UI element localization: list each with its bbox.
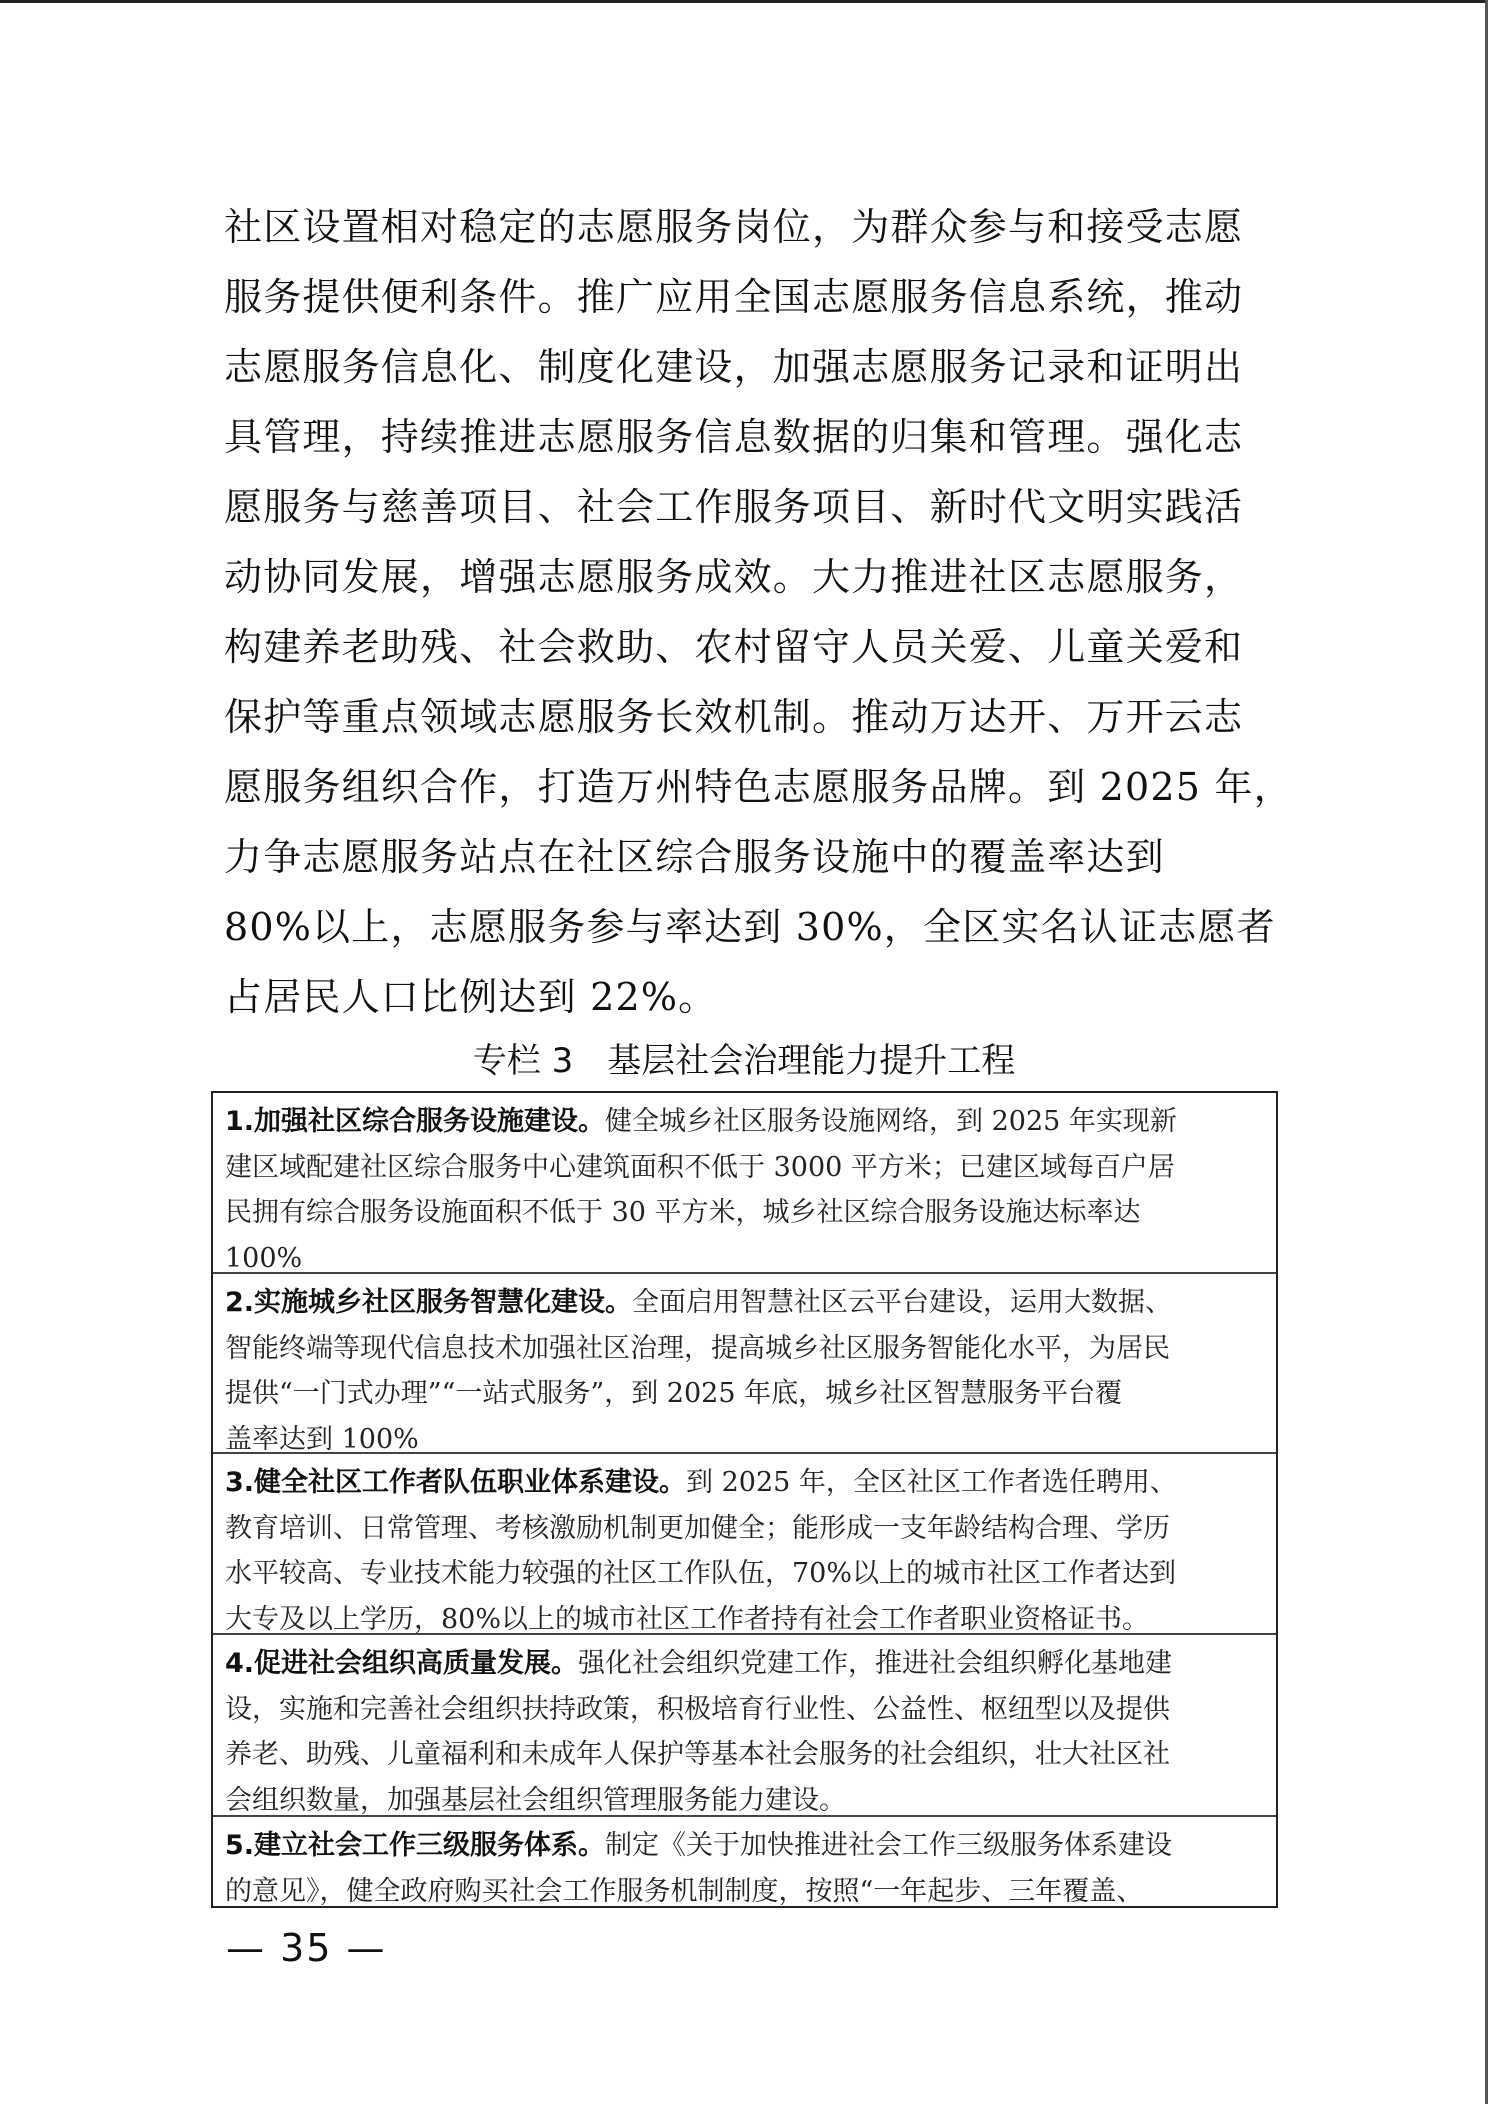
item-text: 养老、助残、儿童福利和未成年人保护等基本社会服务的社会组织，壮大社区社 xyxy=(225,1732,1264,1778)
item-text: 教育培训、日常管理、考核激励机制更加健全；能形成一支年龄结构合理、学历 xyxy=(225,1506,1264,1552)
body-line: 构建养老助残、社会救助、农村留守人员关爱、儿童关爱和 xyxy=(224,612,1264,682)
body-line: 80%以上，志愿服务参与率达到 30%，全区实名认证志愿者 xyxy=(224,892,1264,962)
body-line: 愿服务组织合作，打造万州特色志愿服务品牌。到 2025 年， xyxy=(224,752,1264,822)
box-item-2: 2.实施城乡社区服务智慧化建设。全面启用智慧社区云平台建设，运用大数据、 智能终… xyxy=(213,1274,1276,1454)
item-title: 4.促进社会组织高质量发展。 xyxy=(225,1648,578,1679)
box-item-4: 4.促进社会组织高质量发展。强化社会组织党建工作，推进社会组织孵化基地建 设，实… xyxy=(213,1635,1276,1817)
box-item-1: 1.加强社区综合服务设施建设。健全城乡社区服务设施网络，到 2025 年实现新 … xyxy=(213,1093,1276,1274)
box-title: 专栏 3 基层社会治理能力提升工程 xyxy=(211,1036,1277,1086)
body-line: 动协同发展，增强志愿服务成效。大力推进社区志愿服务， xyxy=(224,542,1264,612)
page-number: — 35 — xyxy=(226,1922,387,1974)
item-text: 制定《关于加快推进社会工作三级服务体系建设 xyxy=(605,1830,1172,1861)
item-text: 强化社会组织党建工作，推进社会组织孵化基地建 xyxy=(578,1648,1172,1679)
column-box: 1.加强社区综合服务设施建设。健全城乡社区服务设施网络，到 2025 年实现新 … xyxy=(211,1091,1278,1908)
body-line: 占居民人口比例达到 22%。 xyxy=(224,962,1264,1032)
body-line: 志愿服务信息化、制度化建设，加强志愿服务记录和证明出 xyxy=(224,332,1264,402)
item-text: 民拥有综合服务设施面积不低于 30 平方米，城乡社区综合服务设施达标率达 xyxy=(225,1190,1264,1236)
page-top-border xyxy=(0,0,1488,3)
box-item-3: 3.健全社区工作者队伍职业体系建设。到 2025 年，全区社区工作者选任聘用、 … xyxy=(213,1454,1276,1635)
item-text: 到 2025 年，全区社区工作者选任聘用、 xyxy=(686,1467,1177,1498)
body-line: 社区设置相对稳定的志愿服务岗位，为群众参与和接受志愿 xyxy=(224,192,1264,262)
body-line: 愿服务与慈善项目、社会工作服务项目、新时代文明实践活 xyxy=(224,472,1264,542)
body-paragraph: 社区设置相对稳定的志愿服务岗位，为群众参与和接受志愿 服务提供便利条件。推广应用… xyxy=(224,192,1264,1032)
item-text: 智能终端等现代信息技术加强社区治理，提高城乡社区服务智能化水平，为居民 xyxy=(225,1326,1264,1372)
item-title: 2.实施城乡社区服务智慧化建设。 xyxy=(225,1287,632,1318)
item-text: 建区域配建社区综合服务中心建筑面积不低于 3000 平方米；已建区域每百户居 xyxy=(225,1145,1264,1191)
body-line: 保护等重点领域志愿服务长效机制。推动万达开、万开云志 xyxy=(224,682,1264,752)
item-text: 设，实施和完善社会组织扶持政策，积极培育行业性、公益性、枢纽型以及提供 xyxy=(225,1687,1264,1733)
item-title: 5.建立社会工作三级服务体系。 xyxy=(225,1830,605,1861)
item-text: 的意见》，健全政府购买社会工作服务机制制度，按照“一年起步、三年覆盖、 xyxy=(225,1869,1264,1915)
item-title: 1.加强社区综合服务设施建设。 xyxy=(225,1106,605,1137)
item-text: 全面启用智慧社区云平台建设，运用大数据、 xyxy=(632,1287,1172,1318)
item-text: 健全城乡社区服务设施网络，到 2025 年实现新 xyxy=(605,1106,1177,1137)
item-text: 提供“一门式办理”“一站式服务”，到 2025 年底，城乡社区智慧服务平台覆 xyxy=(225,1371,1264,1417)
body-line: 服务提供便利条件。推广应用全国志愿服务信息系统，推动 xyxy=(224,262,1264,332)
item-title: 3.健全社区工作者队伍职业体系建设。 xyxy=(225,1467,686,1498)
body-line: 力争志愿服务站点在社区综合服务设施中的覆盖率达到 xyxy=(224,822,1264,892)
item-text: 水平较高、专业技术能力较强的社区工作队伍，70%以上的城市社区工作者达到 xyxy=(225,1551,1264,1597)
body-line: 具管理，持续推进志愿服务信息数据的归集和管理。强化志 xyxy=(224,402,1264,472)
box-item-5: 5.建立社会工作三级服务体系。制定《关于加快推进社会工作三级服务体系建设 的意见… xyxy=(213,1817,1276,1906)
